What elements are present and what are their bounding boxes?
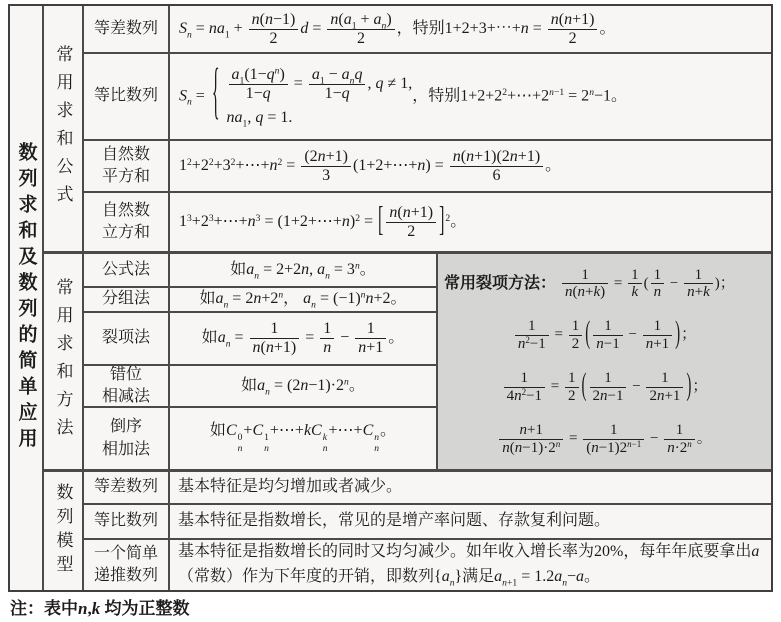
row-label-text: 错位相减法 bbox=[102, 366, 150, 408]
formula-cell: Sn = {a1(1−qn)1−q = a1 − anq1−q, q ≠ 1,n… bbox=[170, 54, 771, 141]
model-description: 基本特征是指数增长的同时又均匀减少。如年收入增长率为20%，每年年底要拿出a（常… bbox=[178, 540, 763, 590]
row-label-text: 等比数列 bbox=[94, 510, 158, 532]
formula: Sn = {a1(1−qn)1−q = a1 − anq1−q, q ≠ 1,n… bbox=[179, 66, 627, 127]
note-formula: n+1n(n−1)·2n = 1(n−1)2n−1 − 1n·2n。 bbox=[444, 422, 765, 457]
note-formula: 14n2−1 = 12(12n−1 − 12n+1)； bbox=[444, 370, 765, 405]
note-box-first-line: 常用裂项方法： 1n(n+k) = 1k(1n − 1n+k)； bbox=[444, 267, 765, 302]
section-label-text: 常用求和方法 bbox=[51, 278, 76, 446]
section-label-methods: 常用求和方法 bbox=[44, 254, 84, 472]
row-label-text: 自然数平方和 bbox=[102, 144, 150, 189]
formula: 如an = 2+2n, an = 3n。 bbox=[230, 261, 376, 279]
row-label: 等比数列 bbox=[84, 54, 170, 141]
footnote: 注：表中n,k 均为正整数 bbox=[10, 594, 189, 619]
text-cell: 基本特征是均匀增加或者减少。 bbox=[170, 472, 771, 505]
row-label-text: 自然数立方和 bbox=[102, 200, 150, 245]
section-label-models: 数列模型 bbox=[44, 472, 84, 590]
formula: 如an = (2n−1)·2n。 bbox=[241, 377, 365, 395]
text-cell: 基本特征是指数增长，常见的是增产率问题、存款复利问题。 bbox=[170, 505, 771, 540]
note-box: 常用裂项方法： 1n(n+k) = 1k(1n − 1n+k)； 1n2−1 =… bbox=[438, 254, 771, 472]
row-label: 分组法 bbox=[84, 288, 170, 313]
formula-cell: Sn = na1 + n(n−1)2d = n(a1 + an)2，特别1+2+… bbox=[170, 6, 771, 54]
formula-cell: 如an = 2n+2n， an = (−1)nn+2。 bbox=[170, 288, 438, 313]
row-label: 倒序相加法 bbox=[84, 408, 170, 472]
formula: Sn = na1 + n(n−1)2d = n(a1 + an)2，特别1+2+… bbox=[179, 11, 616, 48]
row-label-text: 裂项法 bbox=[102, 327, 150, 349]
row-label-text: 等差数列 bbox=[94, 18, 158, 40]
row-label-text: 等比数列 bbox=[94, 85, 158, 107]
formula-cell: 如C0n+C1n+⋯+kCkn+⋯+Cnn。 bbox=[170, 408, 438, 472]
row-label: 公式法 bbox=[84, 254, 170, 288]
formula-cell: 如an = 1n(n+1) = 1n − 1n+1。 bbox=[170, 313, 438, 366]
section-label-text: 数列模型 bbox=[51, 483, 76, 579]
note-formula: 1n2−1 = 12(1n−1 − 1n+1)； bbox=[444, 318, 765, 353]
row-label-text: 等差数列 bbox=[94, 476, 158, 498]
row-label: 等差数列 bbox=[84, 6, 170, 54]
formula: 13+23+⋯+n3 = (1+2+⋯+n)2 = [n(n+1)2]2。 bbox=[179, 204, 466, 241]
formula: 如C0n+C1n+⋯+kCkn+⋯+Cnn。 bbox=[210, 422, 396, 454]
formula-cell: 如an = 2+2n, an = 3n。 bbox=[170, 254, 438, 288]
page-title: 数列求和及数列的简单应用 bbox=[13, 142, 40, 454]
text-cell: 基本特征是指数增长的同时又均匀减少。如年收入增长率为20%，每年年底要拿出a（常… bbox=[170, 540, 771, 590]
row-label: 一个简单递推数列 bbox=[84, 540, 170, 590]
formula-cell: 13+23+⋯+n3 = (1+2+⋯+n)2 = [n(n+1)2]2。 bbox=[170, 193, 771, 254]
model-description: 基本特征是均匀增加或者减少。 bbox=[178, 475, 402, 500]
model-description: 基本特征是指数增长，常见的是增产率问题、存款复利问题。 bbox=[178, 509, 610, 534]
section-label-text: 常用求和公式 bbox=[51, 45, 76, 213]
formula: 12+22+32+⋯+n2 = (2n+1)3(1+2+⋯+n) = n(n+1… bbox=[179, 148, 561, 185]
formula-cell: 如an = (2n−1)·2n。 bbox=[170, 366, 438, 408]
row-label: 等差数列 bbox=[84, 472, 170, 505]
note-formula: 1n(n+k) = 1k(1n − 1n+k)； bbox=[560, 267, 735, 302]
formula: 如an = 1n(n+1) = 1n − 1n+1。 bbox=[202, 320, 405, 357]
row-label: 自然数立方和 bbox=[84, 193, 170, 254]
reference-table: 数列求和及数列的简单应用 常用求和公式 常用求和方法 数列模型 等差数列 Sn … bbox=[8, 4, 773, 592]
row-label-text: 公式法 bbox=[102, 259, 150, 281]
note-box-title: 常用裂项方法： bbox=[444, 275, 556, 293]
row-label: 等比数列 bbox=[84, 505, 170, 540]
row-label-text: 一个简单递推数列 bbox=[94, 543, 158, 588]
formula-cell: 12+22+32+⋯+n2 = (2n+1)3(1+2+⋯+n) = n(n+1… bbox=[170, 141, 771, 193]
row-label-text: 倒序相加法 bbox=[102, 416, 150, 461]
row-label: 错位相减法 bbox=[84, 366, 170, 408]
vertical-title-cell: 数列求和及数列的简单应用 bbox=[10, 6, 44, 590]
row-label-text: 分组法 bbox=[102, 288, 150, 310]
row-label: 裂项法 bbox=[84, 313, 170, 366]
section-label-formulas: 常用求和公式 bbox=[44, 6, 84, 254]
formula: 如an = 2n+2n， an = (−1)nn+2。 bbox=[199, 290, 406, 308]
row-label: 自然数平方和 bbox=[84, 141, 170, 193]
